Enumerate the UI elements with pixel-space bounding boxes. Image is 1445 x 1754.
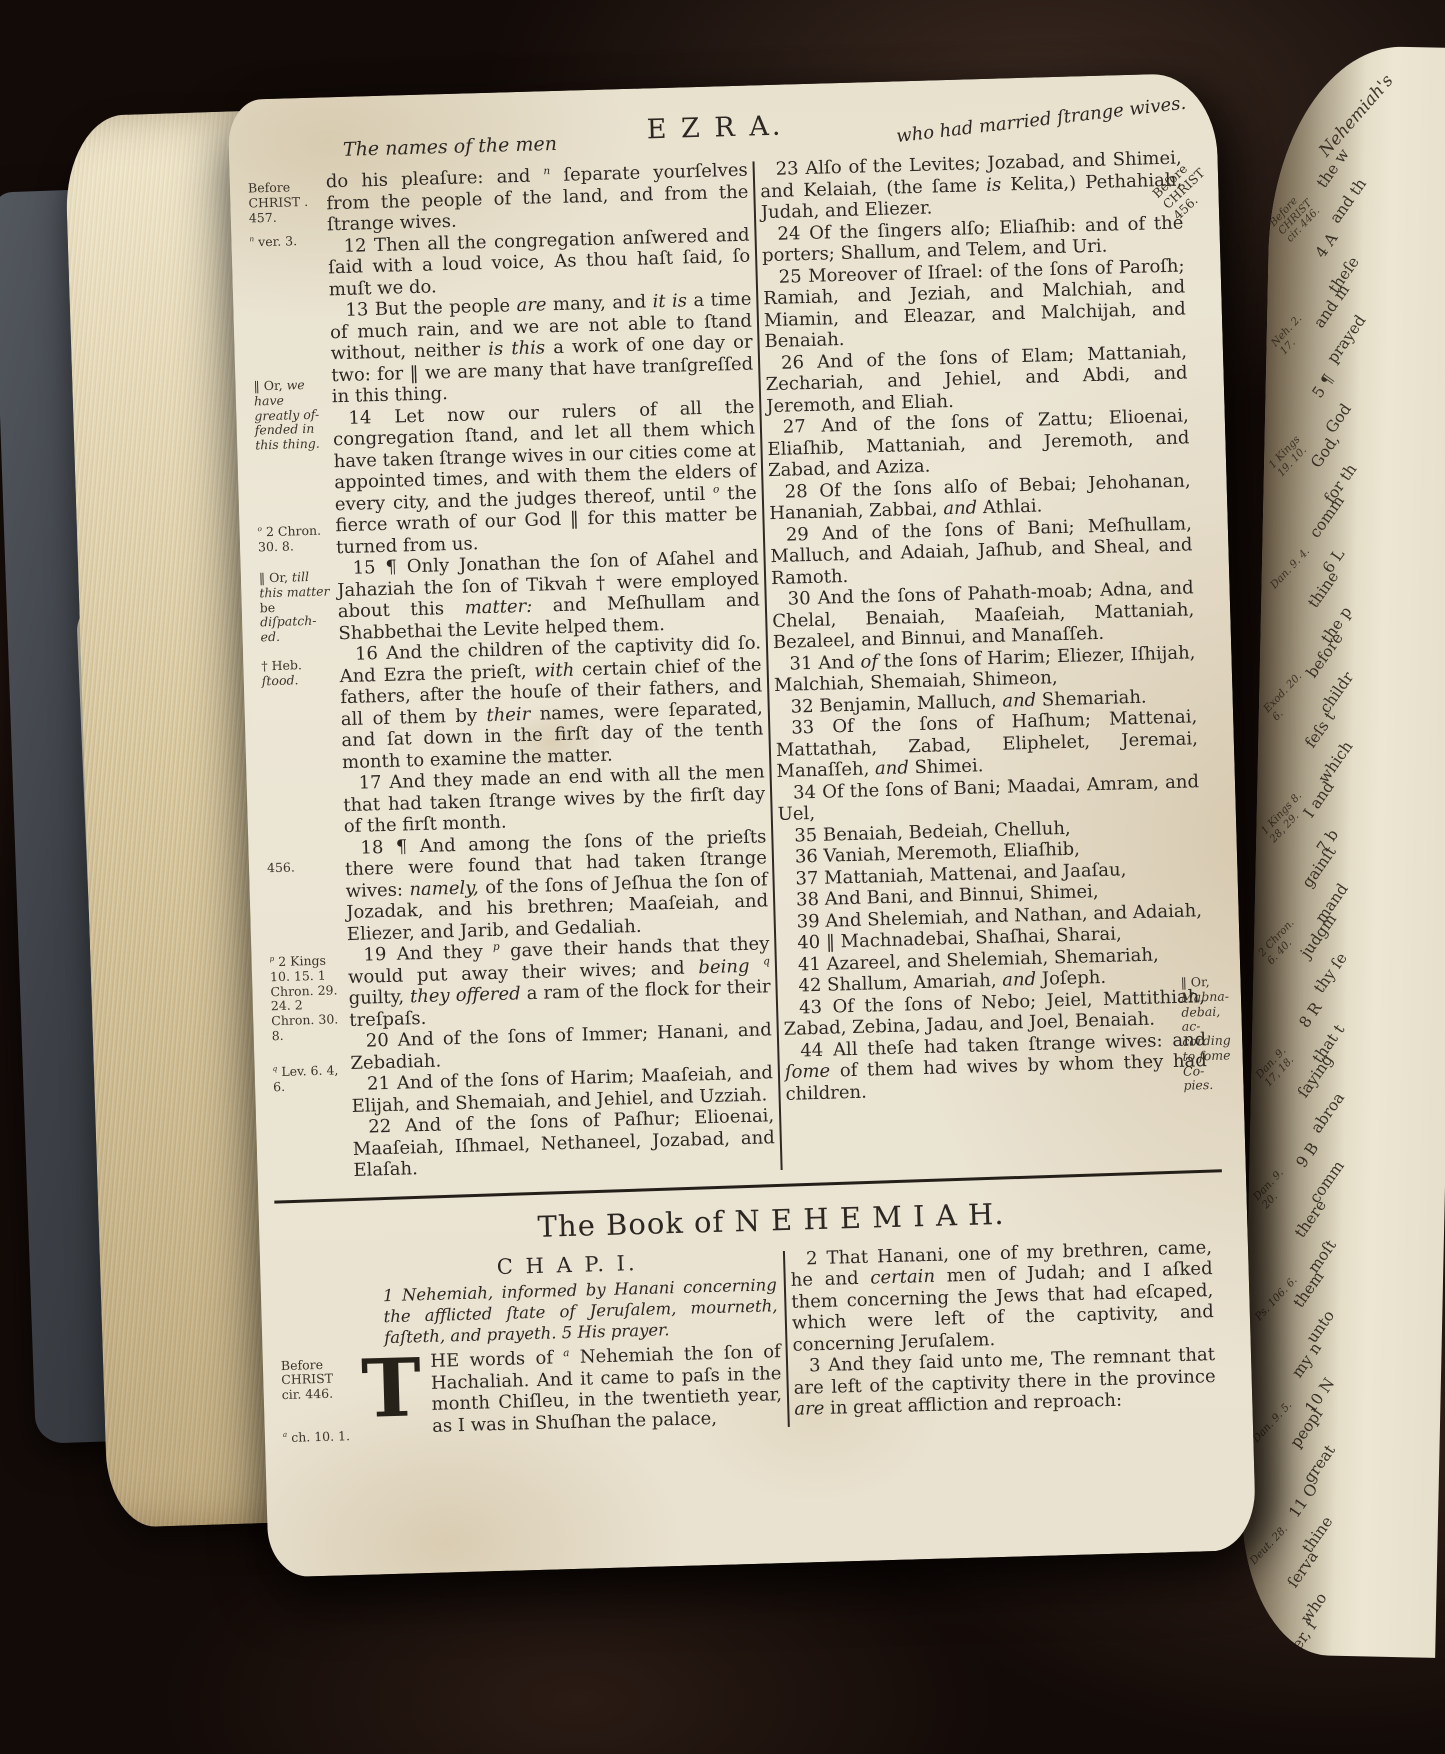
next-page-margin-fragment: Deut. 28. — [1248, 1517, 1296, 1567]
margin-note: Before CHRIST . 457. — [248, 179, 323, 225]
nehemiah-right-column: 2 That Hanani, one of my brethren, came,… — [790, 1237, 1217, 1427]
next-page-header: Nehemiah's — [1315, 71, 1397, 161]
next-page-text-fragment: God — [1322, 400, 1355, 436]
next-page-text-fragment: 4 A — [1312, 230, 1342, 262]
verse: 30 And the ſons of Pahath-moab; Adna, an… — [771, 577, 1195, 653]
verse: 26 And of the ſons of Elam; Mattaniah, Z… — [765, 341, 1189, 417]
next-page-text-fragment: prayed — [1323, 312, 1369, 367]
drop-cap: T — [359, 1351, 432, 1419]
next-page-text-fragment: thine — [1299, 1513, 1337, 1556]
next-page-text-fragment: 8 R — [1296, 999, 1326, 1031]
next-page-text-fragment: and th — [1326, 175, 1370, 226]
next-page-text-fragment: judgm — [1297, 910, 1340, 961]
next-page-text-fragment: 7 b — [1313, 826, 1342, 857]
next-page-margin-fragment: 1 Kings 19. 10. — [1267, 421, 1324, 479]
next-page-text-fragment: the p — [1318, 603, 1356, 646]
page-content: The names of the men E Z R A. who had ma… — [228, 72, 1253, 1441]
margin-note: 456. — [267, 859, 341, 876]
next-page-text-fragment: and m — [1310, 281, 1353, 331]
next-page-margin-fragment: Dan. 9. 5. — [1251, 1395, 1299, 1445]
next-page-margin-fragment: Dan. 9. 17, 18. — [1254, 1031, 1311, 1089]
verse: 44 All theſe had taken ſtrange wives: an… — [784, 1029, 1208, 1105]
next-page-margin-fragment: Neh. 2. 17. — [1270, 299, 1327, 357]
bible-page: The names of the men E Z R A. who had ma… — [228, 72, 1257, 1577]
margin-note: † Heb. ſtood. — [261, 657, 336, 689]
next-page-text-fragment: peopl — [1287, 1405, 1327, 1451]
next-page-text-fragment: great — [1300, 1442, 1339, 1487]
column-divider — [783, 1250, 790, 1426]
ezra-left-column: do his pleaſure: and n ſeparate yourſelv… — [326, 160, 776, 1182]
running-head-right: who had married ſtrange wives. — [895, 93, 1187, 147]
verse: 3 And they ſaid unto me, The remnant tha… — [793, 1344, 1217, 1420]
next-page-sliver: Nehemiah's Before CHRIST cir. 446.Neh. 2… — [1239, 44, 1445, 1658]
running-head-left: The names of the men — [343, 133, 558, 161]
opening-text: HE words of a Nehemiah the ſon of Hachal… — [430, 1341, 782, 1436]
photo-background: Nehemiah's Before CHRIST cir. 446.Neh. 2… — [0, 0, 1445, 1754]
next-page-margin-fragment: Ps. 106. 6. — [1254, 1273, 1302, 1323]
nehemiah-left-column: C H A P. I. 1 Nehemiah, informed by Hana… — [356, 1249, 783, 1439]
next-page-text-fragment: for th — [1321, 461, 1361, 507]
next-page-text-fragment: unto — [1303, 1307, 1338, 1346]
next-page-text-fragment: 5 ¶ — [1309, 371, 1338, 402]
next-page-text-fragment: comm — [1306, 1157, 1348, 1206]
margin-note: q Lev. 6. 4, 6. — [273, 1063, 348, 1095]
margin-note: n ver. 3. — [249, 233, 323, 250]
next-page-text-fragment: 6 L — [1319, 546, 1348, 577]
next-page-text-fragment: which — [1315, 738, 1357, 787]
next-page-text-fragment: 11 O — [1285, 1480, 1321, 1521]
next-page-text-fragment: 10 N — [1301, 1375, 1338, 1417]
next-page-text-fragment: gainſt — [1298, 843, 1339, 891]
next-page-margin-fragment: Dan. 9. 20. — [1252, 1153, 1309, 1211]
next-page-text-fragment: my n — [1288, 1339, 1325, 1381]
nehemiah-margin-notes: Before CHRIST cir. 446.a ch. 10. 1. — [274, 1260, 361, 1441]
next-page-margin-fragment: Before CHRIST cir. 446. — [1268, 179, 1333, 245]
ezra-right-column: 23 Alſo of the Levites; Jozabad, and Shi… — [759, 147, 1209, 1169]
ezra-text-block: Before CHRIST . 457.n ver. 3.‖ Or, we ha… — [244, 147, 1232, 1184]
verse: 19 And they p gave their hands that they… — [347, 933, 771, 1031]
verse: 16 And the children of the captivity did… — [339, 632, 764, 773]
verse: 33 Of the ſons of Haſhum; Mattenai, Matt… — [775, 706, 1199, 782]
margin-note: o 2 Chron. 30. 8. — [257, 523, 332, 555]
next-page-text-fragment: thine — [1304, 568, 1342, 611]
verse: 17 And they made an end with all the men… — [342, 761, 766, 837]
next-page-text-fragment: ſaying — [1294, 1051, 1337, 1101]
next-page-text-fragment: them — [1290, 1268, 1328, 1311]
nehemiah-text-block: Before CHRIST cir. 446.a ch. 10. 1. C H … — [274, 1236, 1239, 1441]
next-page-text-fragment: mand — [1312, 880, 1352, 926]
next-page-text-fragment: there — [1291, 1196, 1330, 1241]
running-head-title: E Z R A. — [646, 111, 783, 146]
next-page-text-fragment: God, — [1307, 431, 1343, 471]
next-page-text-fragment: ſerva — [1284, 1548, 1322, 1591]
next-page-text-fragment: theſe — [1325, 253, 1363, 296]
margin-note: ‖ Or, till this matter be diſpatch-ed. — [259, 569, 335, 645]
margin-note: ‖ Or, we have greatly of-fended in this … — [253, 377, 329, 453]
next-page-text-fragment: that t — [1309, 1021, 1348, 1066]
next-page-text-fragment: thy ſe — [1310, 949, 1351, 996]
next-page-text-fragment: who — [1297, 1589, 1330, 1626]
verse: 29 And of the ſons of Bani; Meſhullam, M… — [770, 513, 1194, 589]
verse: 23 Alſo of the Levites; Jozabad, and Shi… — [759, 147, 1183, 223]
verse: 15 ¶ Only Jonathan the ſon of Aſahel and… — [336, 546, 760, 644]
next-page-text-fragment: the w — [1313, 145, 1353, 191]
verse: 2 That Hanani, one of my brethren, came,… — [790, 1237, 1215, 1356]
verse: 18 ¶ And among the ſons of the prieſts t… — [344, 826, 769, 945]
next-page-margin-fragment: 2 Chron. 6. 40. — [1257, 909, 1314, 967]
next-page-text-fragment: childr — [1316, 669, 1357, 717]
next-page-text-fragment: moſt — [1304, 1237, 1339, 1277]
next-page-text-fragment: feſs t — [1301, 708, 1339, 751]
margin-note: ‖ Or, Mabna-debai, ac-cording to ſome Co… — [1180, 974, 1233, 1093]
verse: 13 But the people are many, and it is a … — [329, 289, 754, 408]
next-page-margin-notes: Before CHRIST cir. 446.Neh. 2. 17.1 King… — [1239, 44, 1445, 1658]
verse: 25 Moreover of Iſrael: of the ſons of Pa… — [762, 255, 1186, 353]
verse: 22 And of the ſons of Paſhur; Elioenai, … — [352, 1105, 776, 1181]
verse: 14 Let now our rulers of all the congreg… — [332, 396, 758, 558]
next-page-margin-fragment: Exod. 20. 6. — [1262, 665, 1319, 723]
next-page-margin-fragment: Dan. 9. 4. — [1269, 541, 1317, 591]
margin-note: p 2 Kings 10. 15. 1 Chron. 29. 24. 2 Chr… — [269, 953, 345, 1044]
next-page-text-fragment: abroa — [1307, 1089, 1348, 1136]
next-page-text-fragment: per, f — [1282, 1618, 1320, 1658]
next-page-margin-fragment: 1 Kings 8. 28, 29. — [1259, 787, 1316, 845]
nehemiah-opening-paragraph: THE words of a Nehemiah the ſon of Hacha… — [359, 1341, 783, 1439]
next-page-text: the wand th4 Atheſeand mprayed5 ¶GodGod,… — [1239, 44, 1445, 1658]
next-page-text-fragment: I and — [1300, 778, 1338, 821]
next-page-text-fragment: 9 B — [1293, 1139, 1323, 1171]
margin-note: Before CHRIST cir. 446. — [281, 1357, 356, 1403]
next-page-text-fragment: comm — [1306, 492, 1348, 541]
verse: do his pleaſure: and n ſeparate yourſelv… — [326, 160, 750, 236]
margin-note: a ch. 10. 1. — [283, 1428, 357, 1445]
next-page-text-fragment: before — [1303, 629, 1347, 681]
verse: 27 And of the ſons of Zattu; Elioenai, E… — [767, 405, 1191, 481]
verse: 12 Then all the congregation anſwered an… — [327, 224, 751, 300]
chapter-summary: 1 Nehemiah, informed by Hanani concernin… — [357, 1274, 781, 1353]
